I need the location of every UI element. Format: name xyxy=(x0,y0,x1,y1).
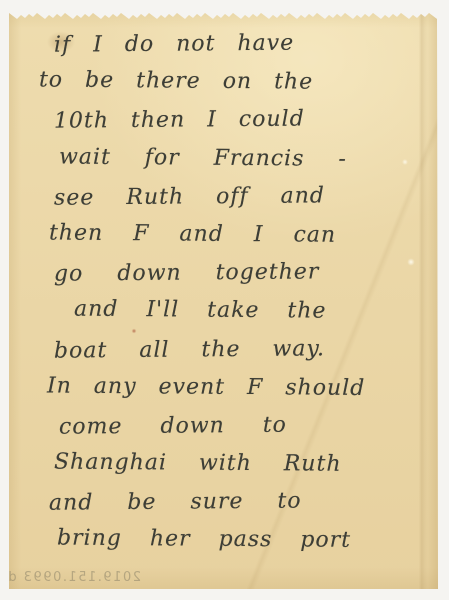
letter-line: wait for Francis - xyxy=(59,138,438,179)
letter-line: come down to xyxy=(59,405,438,446)
letter-line: go down together xyxy=(54,252,438,294)
letter-line: and I'll take the xyxy=(74,291,438,332)
accession-number: 2019.151.0993 d xyxy=(7,570,141,585)
letter-line: bring her pass port xyxy=(57,520,438,561)
letter-line: then F and I can xyxy=(49,214,438,255)
letter-scan: if I do not have to be there on the 10th… xyxy=(0,0,449,600)
paper-sheet: if I do not have to be there on the 10th… xyxy=(9,12,438,589)
letter-body: if I do not have to be there on the 10th… xyxy=(9,12,438,589)
letter-line: Shanghai with Ruth xyxy=(54,444,438,485)
letter-line: and be sure to xyxy=(49,482,438,524)
letter-line: boat all the way. xyxy=(54,329,438,371)
letter-line: to be there on the xyxy=(39,62,438,103)
letter-line: 10th then I could xyxy=(54,100,438,142)
letter-line: see Ruth off and xyxy=(54,176,438,218)
letter-line: In any event F should xyxy=(47,367,438,408)
letter-line: if I do not have xyxy=(54,23,438,65)
